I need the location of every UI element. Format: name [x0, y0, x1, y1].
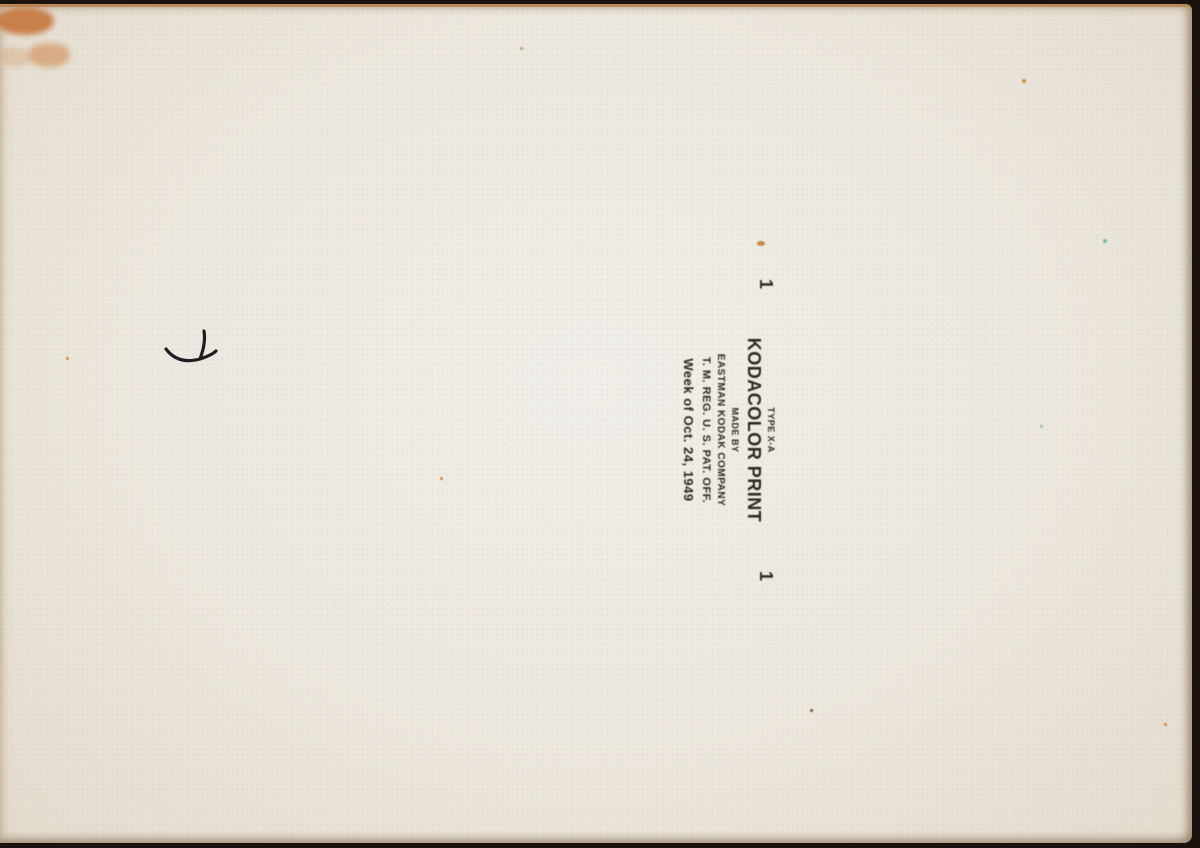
- paper-texture: [0, 7, 1192, 843]
- photo-back: 1 1 TYPE X-A KODACOLOR PRINT MADE BY EAS…: [0, 4, 1192, 843]
- speck: [1103, 239, 1107, 243]
- stamp-type: TYPE X-A: [764, 285, 776, 575]
- speck: [810, 709, 813, 712]
- mark-left: 1: [755, 279, 776, 289]
- handwritten-mark: [160, 325, 224, 377]
- stamp-week: Week of Oct. 24, 1949: [678, 285, 696, 575]
- speck: [1040, 425, 1043, 428]
- speck: [757, 241, 765, 246]
- speck: [520, 47, 523, 50]
- stamp-company: EASTMAN KODAK COMPANY: [712, 285, 726, 575]
- stamp-title: KODACOLOR PRINT: [740, 285, 764, 575]
- corner-stain: [28, 43, 70, 67]
- kodak-stamp: 1 1 TYPE X-A KODACOLOR PRINT MADE BY EAS…: [632, 285, 782, 575]
- stamp-trademark: T. M. REG. U. S. PAT. OFF.: [696, 285, 712, 575]
- stamp-made-by: MADE BY: [726, 285, 740, 575]
- speck: [440, 477, 443, 480]
- corner-stain: [0, 47, 30, 67]
- speck: [66, 357, 69, 360]
- speck: [1022, 79, 1026, 83]
- mark-right: 1: [755, 571, 776, 581]
- speck: [1164, 723, 1167, 726]
